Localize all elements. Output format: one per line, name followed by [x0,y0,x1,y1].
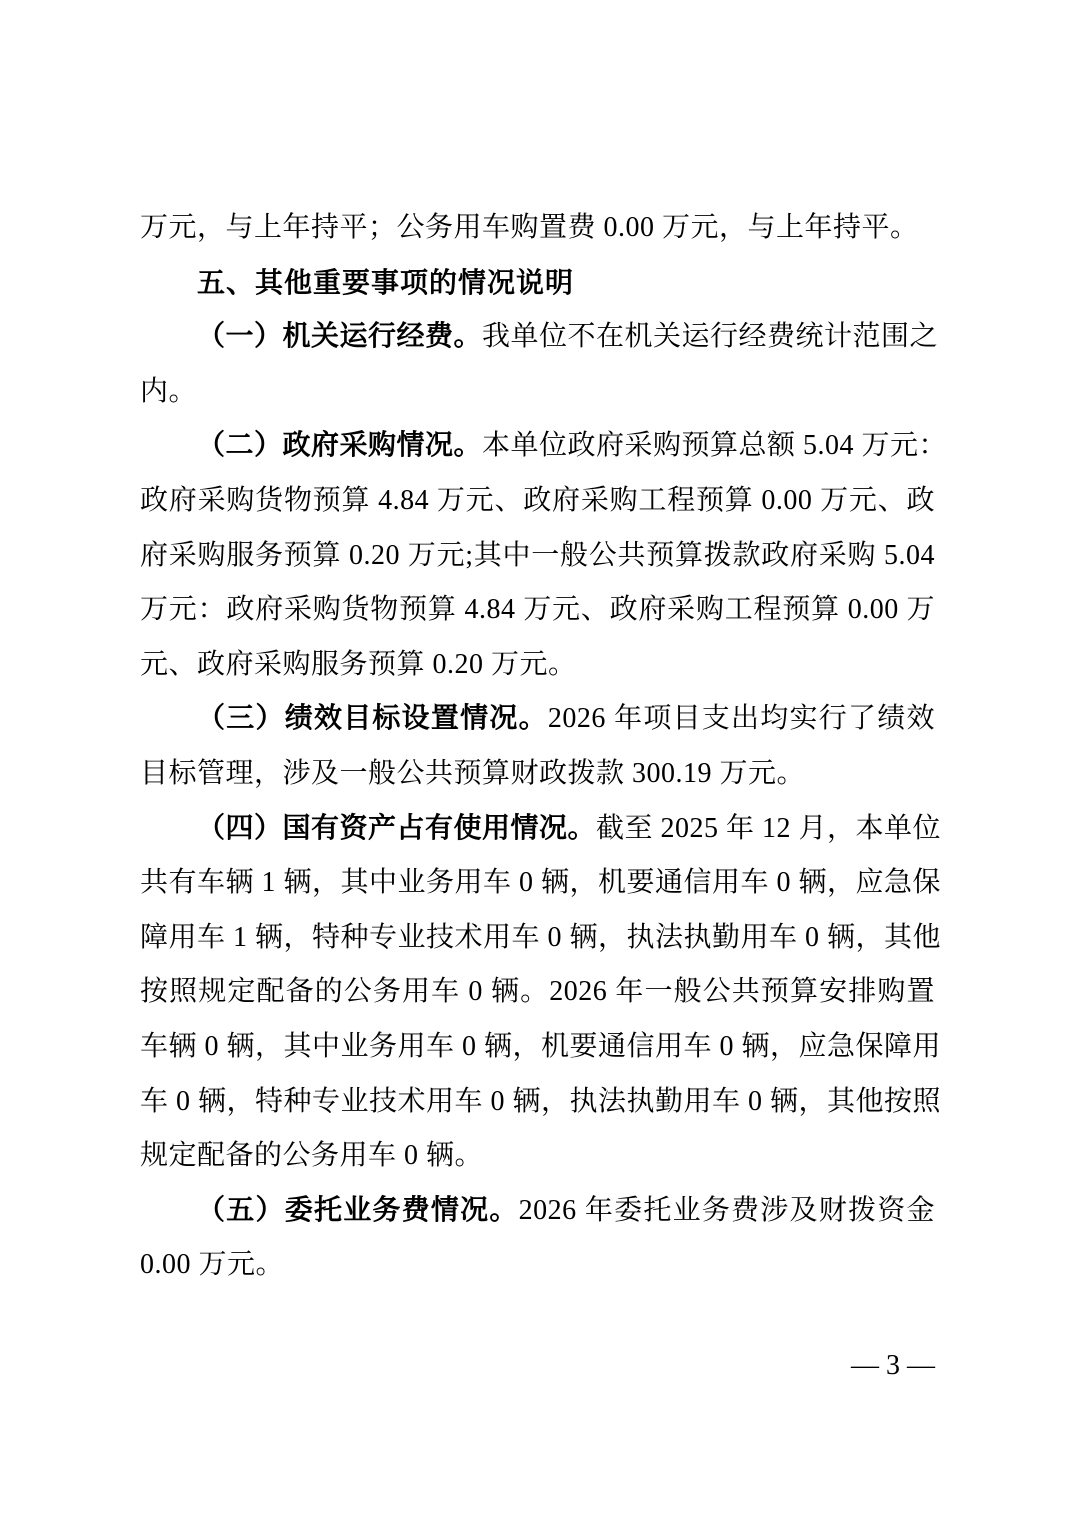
body-text: 车 0 辆，特种专业技术用车 0 辆，执法执勤用车 0 辆，其他按照 [140,1086,941,1117]
body-text: 0.00 万元。 [140,1249,284,1280]
page-number: — 3 — [851,1348,935,1384]
text-line: 目标管理，涉及一般公共预算财政拨款 300.19 万元。 [140,747,935,802]
body-text: 内。 [140,376,197,407]
text-line: （四）国有资产占有使用情况。截至 2025 年 12 月，本单位 [140,802,935,857]
text-line: 规定配备的公务用车 0 辆。 [140,1129,935,1184]
body-text: 截至 2025 年 12 月，本单位 [596,813,941,844]
body-text: 规定配备的公务用车 0 辆。 [140,1140,483,1171]
section-heading: 五、其他重要事项的情况说明 [197,267,574,298]
text-line: 内。 [140,365,935,420]
body-text: 万元，与上年持平；公务用车购置费 0.00 万元，与上年持平。 [140,212,919,243]
text-line: 车辆 0 辆，其中业务用车 0 辆，机要通信用车 0 辆，应急保障用 [140,1020,935,1075]
text-line: 障用车 1 辆，特种专业技术用车 0 辆，执法执勤用车 0 辆，其他 [140,911,935,966]
subsection-heading: （二）政府采购情况。 [197,430,482,461]
text-line: 按照规定配备的公务用车 0 辆。2026 年一般公共预算安排购置 [140,965,935,1020]
text-line: 府采购服务预算 0.20 万元;其中一般公共预算拨款政府采购 5.04 [140,529,935,584]
subsection-heading: （一）机关运行经费。 [197,321,482,352]
subsection-heading: （四）国有资产占有使用情况。 [197,813,596,844]
body-text: 府采购服务预算 0.20 万元;其中一般公共预算拨款政府采购 5.04 [140,540,935,571]
body-text: 障用车 1 辆，特种专业技术用车 0 辆，执法执勤用车 0 辆，其他 [140,922,941,953]
text-line: 政府采购货物预算 4.84 万元、政府采购工程预算 0.00 万元、政 [140,474,935,529]
body-text: 我单位不在机关运行经费统计范围之 [482,321,938,352]
text-line: 五、其他重要事项的情况说明 [140,256,935,311]
text-line: （三）绩效目标设置情况。2026 年项目支出均实行了绩效 [140,692,935,747]
body-text: 2026 年项目支出均实行了绩效 [548,703,935,734]
text-line: 0.00 万元。 [140,1238,935,1293]
body-text: 共有车辆 1 辆，其中业务用车 0 辆，机要通信用车 0 辆，应急保 [140,867,941,898]
body-text: 按照规定配备的公务用车 0 辆。2026 年一般公共预算安排购置 [140,976,935,1007]
subsection-heading: （五）委托业务费情况。 [197,1195,519,1226]
body-text: 2026 年委托业务费涉及财拨资金 [519,1195,935,1226]
text-line: 车 0 辆，特种专业技术用车 0 辆，执法执勤用车 0 辆，其他按照 [140,1075,935,1130]
body-text: 车辆 0 辆，其中业务用车 0 辆，机要通信用车 0 辆，应急保障用 [140,1031,941,1062]
text-line: （二）政府采购情况。本单位政府采购预算总额 5.04 万元： [140,419,935,474]
text-line: （一）机关运行经费。我单位不在机关运行经费统计范围之 [140,310,935,365]
text-line: （五）委托业务费情况。2026 年委托业务费涉及财拨资金 [140,1184,935,1239]
body-text: 元、政府采购服务预算 0.20 万元。 [140,649,577,680]
text-line: 万元，与上年持平；公务用车购置费 0.00 万元，与上年持平。 [140,201,935,256]
body-text: 目标管理，涉及一般公共预算财政拨款 300.19 万元。 [140,758,805,789]
text-line: 共有车辆 1 辆，其中业务用车 0 辆，机要通信用车 0 辆，应急保 [140,856,935,911]
document-page: 万元，与上年持平；公务用车购置费 0.00 万元，与上年持平。五、其他重要事项的… [0,0,1074,1520]
text-block: 万元，与上年持平；公务用车购置费 0.00 万元，与上年持平。五、其他重要事项的… [140,201,935,1293]
body-text: 万元：政府采购货物预算 4.84 万元、政府采购工程预算 0.00 万 [140,594,935,625]
subsection-heading: （三）绩效目标设置情况。 [197,703,548,734]
body-text: 政府采购货物预算 4.84 万元、政府采购工程预算 0.00 万元、政 [140,485,935,516]
body-text: 本单位政府采购预算总额 5.04 万元： [482,430,947,461]
text-line: 万元：政府采购货物预算 4.84 万元、政府采购工程预算 0.00 万 [140,583,935,638]
text-line: 元、政府采购服务预算 0.20 万元。 [140,638,935,693]
